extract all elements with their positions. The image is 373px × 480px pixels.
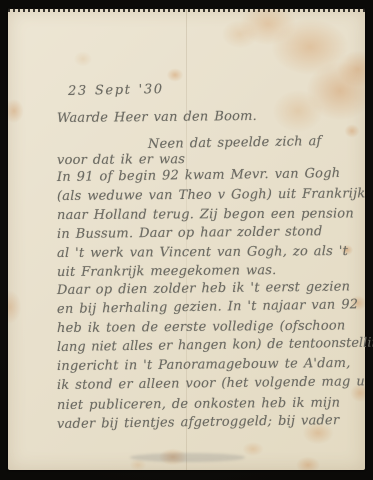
handwriting-line: en bij herhaling gezien. In 't najaar va…: [57, 297, 358, 317]
letter-paper: 23 Sept '30 Waarde Heer van den Boom. Ne…: [8, 9, 365, 470]
handwriting-line: uit Frankrijk meegekomen was.: [57, 263, 277, 280]
erased-pencil-smudge: [130, 453, 245, 462]
handwriting-line: Daar op dien zolder heb ik 't eerst gezi…: [57, 279, 350, 298]
handwriting-line: vader bij tientjes afgetroggeld; bij vad…: [57, 413, 340, 432]
handwriting-line: (als weduwe van Theo v Gogh) uit Frankri…: [57, 186, 366, 204]
handwriting-line: lang niet alles er hangen kon) de tentoo…: [57, 335, 373, 355]
handwriting-line: ingericht in 't Panoramagebouw te A'dam,: [57, 356, 351, 374]
handwriting-line: heb ik toen de eerste volledige (ofschoo…: [57, 318, 346, 336]
handwriting-line: In 91 of begin 92 kwam Mevr. van Gogh: [57, 166, 340, 185]
handwriting-line: niet publiceren, de onkosten heb ik mijn: [57, 396, 340, 413]
handwriting-line: al 't werk van Vincent van Gogh, zo als …: [57, 244, 348, 261]
salutation-line: Waarde Heer van den Boom.: [57, 109, 257, 126]
handwriting-line: in Bussum. Daar op haar zolder stond: [57, 224, 323, 242]
handwriting-line: ik stond er alleen voor (het volgende ma…: [57, 374, 365, 393]
handwriting-line: naar Holland terug. Zij begon een pensio…: [57, 206, 354, 223]
handwriting-line: Neen dat speelde zich af: [148, 134, 322, 152]
date-line: 23 Sept '30: [68, 82, 164, 99]
handwriting-line: voor dat ik er was: [57, 152, 185, 168]
